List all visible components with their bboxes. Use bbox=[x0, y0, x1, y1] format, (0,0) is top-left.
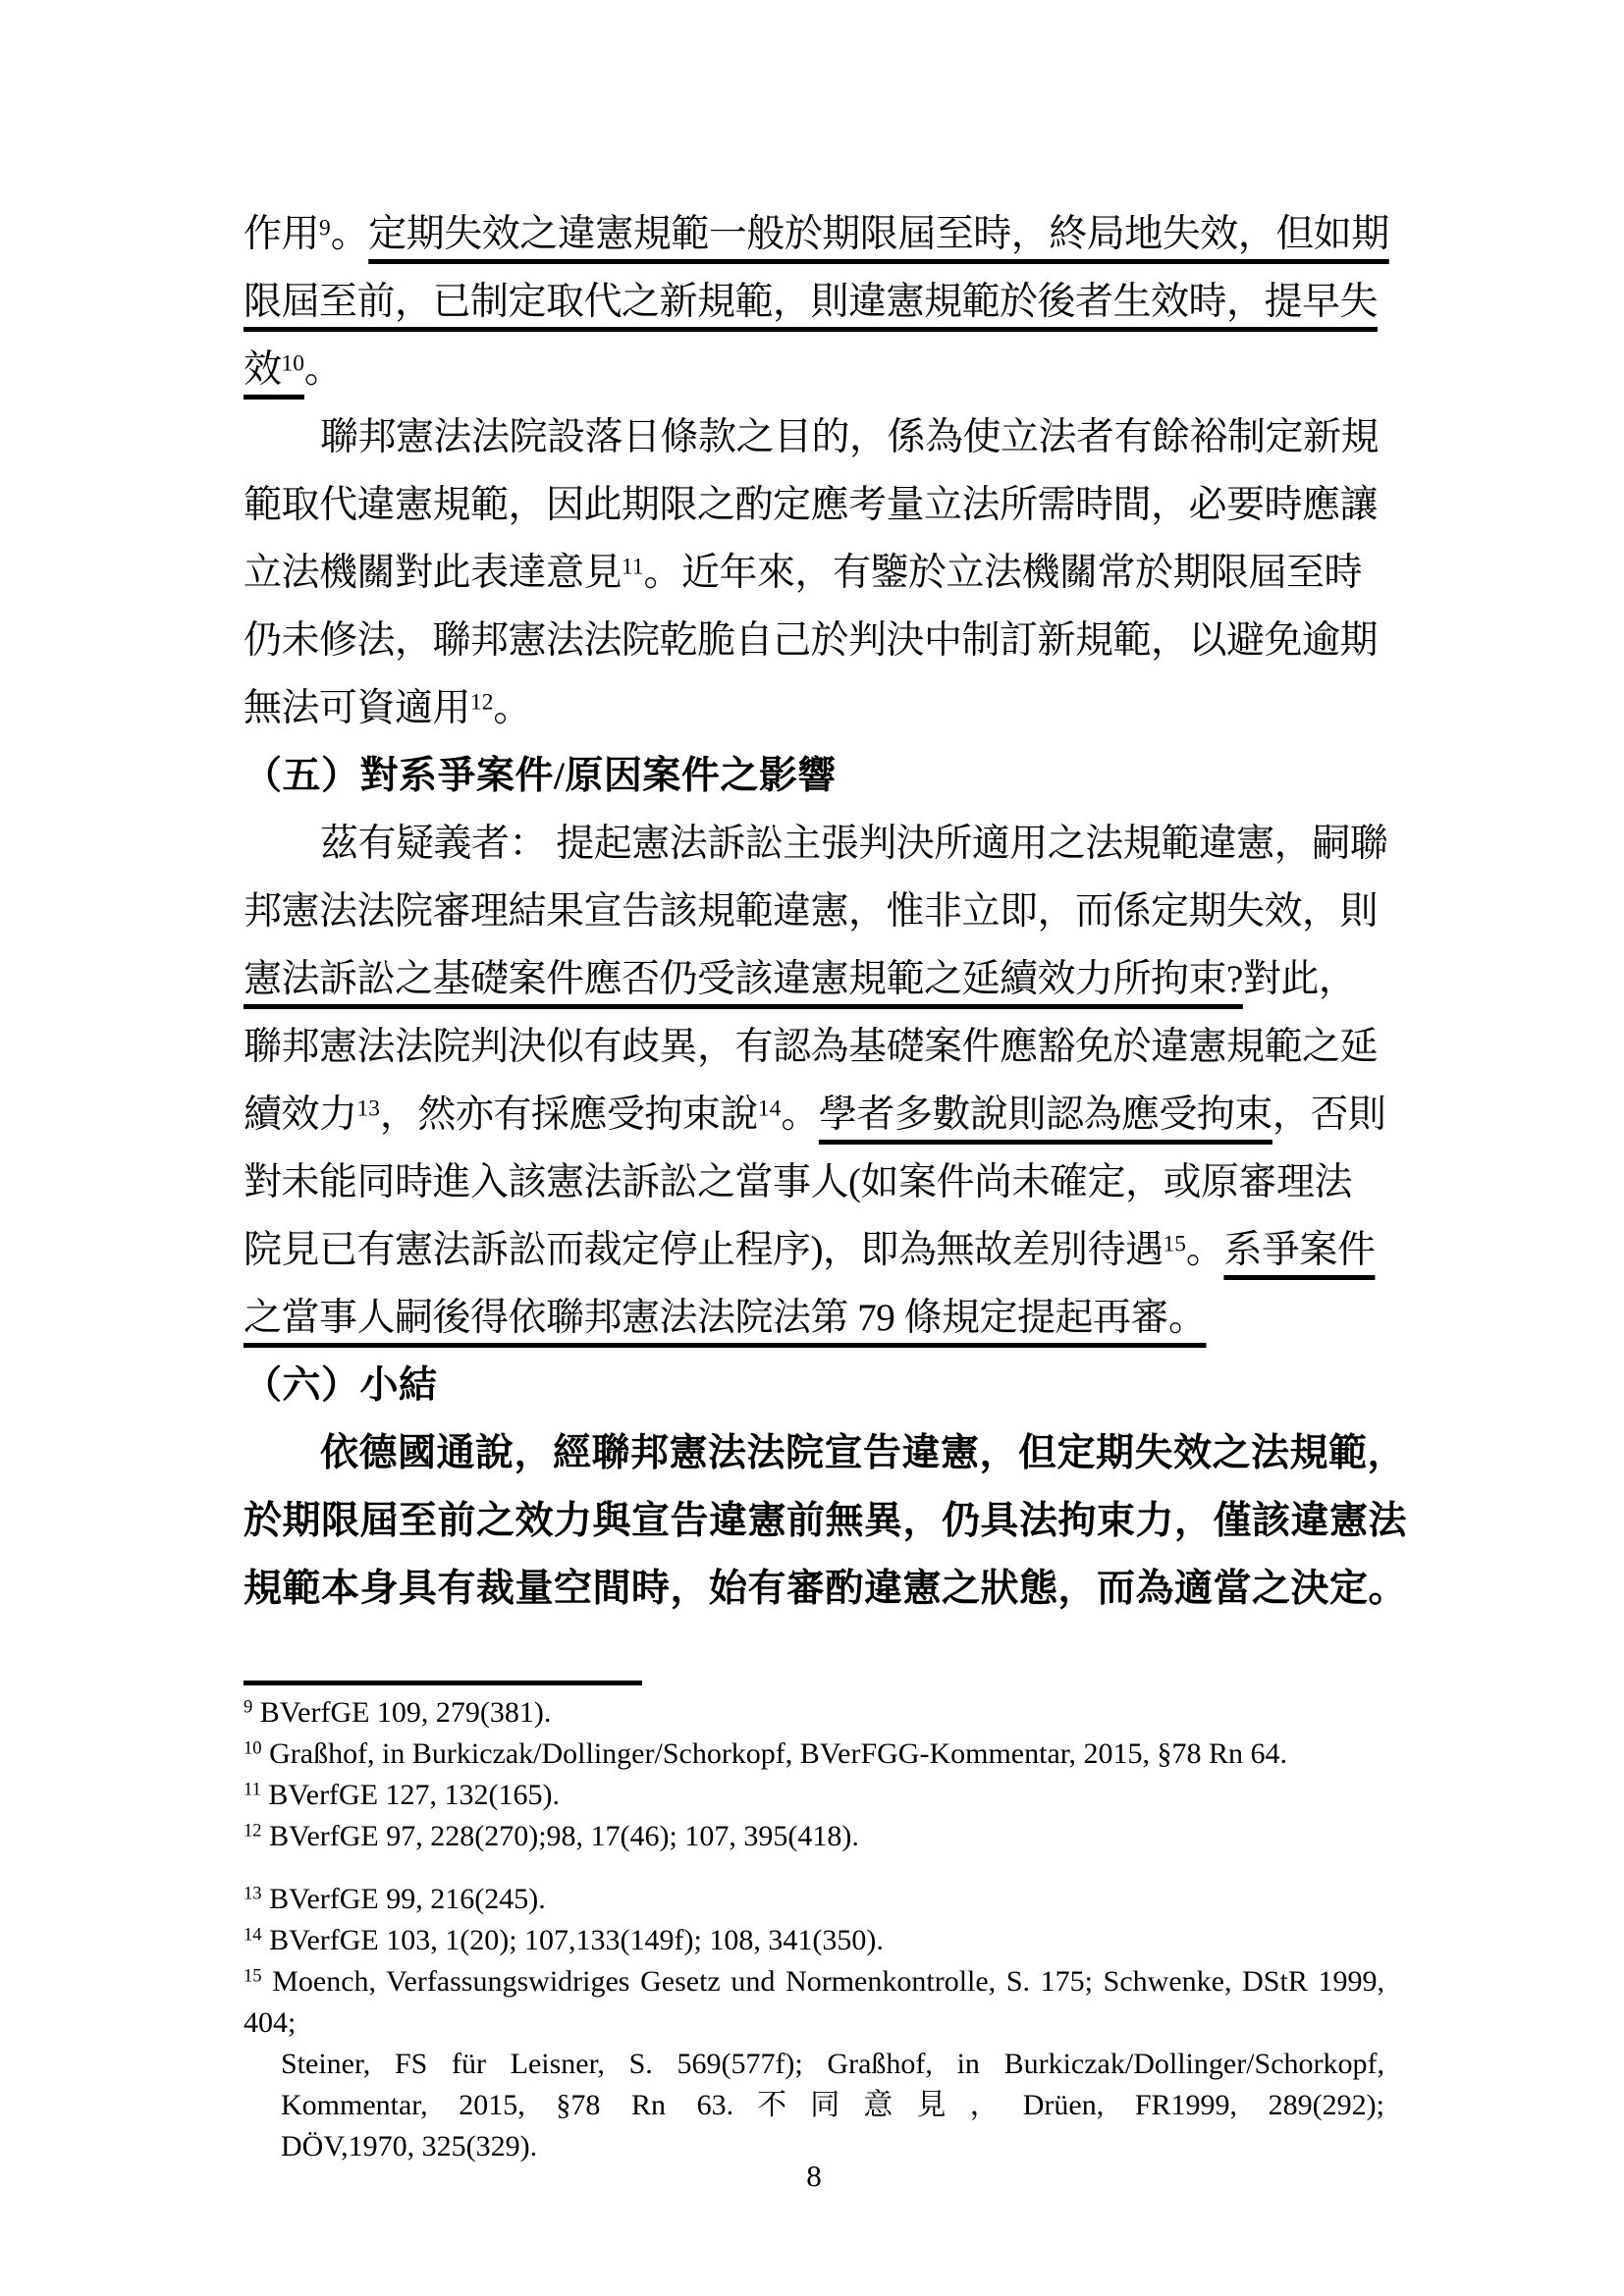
document-page: 作用9。定期失效之違憲規範一般於期限屆至時，終局地失效，但如期限屆至前，已制定取… bbox=[0, 0, 1624, 2296]
text-line: 範取代違憲規範，因此期限之酌定應考量立法所需時間，必要時應讓 bbox=[244, 471, 1384, 539]
text-segment: 憲法訴訟之基礎案件應否仍受該違憲規範之延續效力所拘束? bbox=[244, 958, 1243, 1000]
footnote-line: 13 BVerfGE 99, 216(245). bbox=[244, 1879, 1384, 1920]
text-line: 聯邦憲法法院設落日條款之目的，係為使立法者有餘裕制定新規 bbox=[244, 403, 1384, 471]
text-segment: BVerfGE 127, 132(165). bbox=[261, 1779, 560, 1811]
footnote-ref: 13 bbox=[357, 1095, 380, 1121]
footnote-line: 14 BVerfGE 103, 1(20); 107,133(149f); 10… bbox=[244, 1920, 1384, 1961]
text-segment: 規範本身具有裁量空間時，始有審酌違憲之狀態，而為適當之決定。 bbox=[244, 1568, 1407, 1610]
text-line: 之當事人嗣後得依聯邦憲法法院法第 79 條規定提起再審。 bbox=[244, 1284, 1384, 1352]
text-segment: 。 bbox=[781, 1094, 819, 1136]
footnote-line: 12 BVerfGE 97, 228(270);98, 17(46); 107,… bbox=[244, 1816, 1384, 1857]
footnote-line: 9 BVerfGE 109, 279(381). bbox=[244, 1692, 1384, 1734]
footnote-ref: 12 bbox=[244, 1821, 262, 1842]
text-segment: 院見已有憲法訴訟而裁定停止程序)，即為無故差別待遇 bbox=[244, 1229, 1164, 1271]
footnote-ref: 10 bbox=[244, 1738, 262, 1759]
text-segment: 。 bbox=[304, 348, 343, 391]
footnote-ref: 12 bbox=[470, 689, 493, 715]
text-segment: Steiner, FS für Leisner, S. 569(577f); G… bbox=[281, 2048, 1384, 2085]
footnote-ref: 10 bbox=[282, 350, 304, 376]
text-segment: 對未能同時進入該憲法訴訟之當事人(如案件尚未確定，或原審理法 bbox=[244, 1161, 1352, 1203]
text-line: 仍未修法，聯邦憲法法院乾脆自己於判決中制訂新規範，以避免逾期 bbox=[244, 607, 1384, 674]
footnote-ref: 15 bbox=[1164, 1231, 1186, 1256]
text-segment: Graßhof, in Burkiczak/Dollinger/Schorkop… bbox=[262, 1737, 1287, 1770]
section-heading: （六）小結 bbox=[244, 1352, 1384, 1419]
text-line: 限屆至前，已制定取代之新規範，則違憲規範於後者生效時，提早失 bbox=[244, 268, 1384, 336]
text-segment: 聯邦憲法法院設落日條款之目的，係為使立法者有餘裕制定新規 bbox=[320, 416, 1379, 458]
text-segment: 作用 bbox=[244, 213, 319, 255]
text-segment: 仍未修法，聯邦憲法法院乾脆自己於判決中制訂新規範，以避免逾期 bbox=[244, 619, 1378, 662]
footnote-line: 15 Moench, Verfassungswidriges Gesetz un… bbox=[244, 1961, 1384, 2002]
text-segment: 聯邦憲法法院判決似有歧異，有認為基礎案件應豁免於違憲規範之延 bbox=[244, 1026, 1378, 1068]
text-segment: （五）對系爭案件/原因案件之影響 bbox=[244, 755, 837, 797]
text-segment: 學者多數說則認為應受拘束 bbox=[819, 1094, 1272, 1136]
text-line: 效10。 bbox=[244, 336, 1384, 403]
text-line: 立法機關對此表達意見11。近年來，有鑒於立法機關常於期限屆至時 bbox=[244, 539, 1384, 607]
footnote-ref: 11 bbox=[622, 554, 644, 579]
text-line: 院見已有憲法訴訟而裁定停止程序)，即為無故差別待遇15。系爭案件 bbox=[244, 1216, 1384, 1284]
text-segment: 。 bbox=[1186, 1229, 1224, 1271]
footnote-ref: 14 bbox=[758, 1095, 781, 1121]
footnote-line: Kommentar, 2015, §78 Rn 63.不同意見，Drüen, F… bbox=[244, 2085, 1384, 2126]
text-segment: 續效力 bbox=[244, 1094, 357, 1136]
text-segment: 對此， bbox=[1243, 958, 1357, 1000]
footnote-gap bbox=[244, 1857, 1384, 1879]
text-line: 對未能同時進入該憲法訴訟之當事人(如案件尚未確定，或原審理法 bbox=[244, 1148, 1384, 1216]
footnote-ref: 9 bbox=[319, 215, 331, 240]
text-segment: 邦憲法法院審理結果宣告該規範違憲，惟非立即，而係定期失效，則 bbox=[244, 890, 1378, 933]
text-segment: Moench, Verfassungswidriges Gesetz und N… bbox=[262, 1965, 1384, 1998]
text-segment: 效 bbox=[244, 348, 282, 391]
text-segment: BVerfGE 103, 1(20); 107,133(149f); 108, … bbox=[262, 1924, 884, 1956]
footnote-line: 11 BVerfGE 127, 132(165). bbox=[244, 1775, 1384, 1816]
text-segment: 系爭案件 bbox=[1223, 1229, 1375, 1271]
text-line: 無法可資適用12。 bbox=[244, 674, 1384, 742]
text-segment: 於期限屆至前之效力與宣告違憲前無異，仍具法拘束力，僅該違憲法 bbox=[244, 1500, 1407, 1542]
footnote-ref: 13 bbox=[244, 1884, 262, 1904]
text-segment: ，然亦有採應受拘束說 bbox=[380, 1094, 758, 1136]
text-segment: 定期失效之違憲規範一般於期限屆至時，終局地失效，但如期 bbox=[368, 213, 1389, 255]
text-line: 續效力13，然亦有採應受拘束說14。學者多數說則認為應受拘束，否則 bbox=[244, 1081, 1384, 1148]
text-segment: 限屆至前，已制定取代之新規範，則違憲規範於後者生效時，提早失 bbox=[244, 281, 1378, 323]
footnote-ref: 9 bbox=[244, 1697, 252, 1718]
text-segment: （六）小結 bbox=[244, 1364, 438, 1407]
footnote-line: 10 Graßhof, in Burkiczak/Dollinger/Schor… bbox=[244, 1734, 1384, 1775]
text-line: 憲法訴訟之基礎案件應否仍受該違憲規範之延續效力所拘束?對此， bbox=[244, 945, 1384, 1013]
text-segment: 無法可資適用 bbox=[244, 687, 470, 729]
text-line: 作用9。定期失效之違憲規範一般於期限屆至時，終局地失效，但如期 bbox=[244, 200, 1384, 268]
text-segment: BVerfGE 109, 279(381). bbox=[252, 1696, 551, 1729]
text-segment: 。 bbox=[493, 687, 531, 729]
footnotes: 9 BVerfGE 109, 279(381).10 Graßhof, in B… bbox=[244, 1692, 1384, 2167]
footnote-separator bbox=[244, 1681, 642, 1685]
text-line: 於期限屆至前之效力與宣告違憲前無異，仍具法拘束力，僅該違憲法 bbox=[244, 1487, 1384, 1555]
body-content: 作用9。定期失效之違憲規範一般於期限屆至時，終局地失效，但如期限屆至前，已制定取… bbox=[244, 200, 1384, 1623]
text-segment: 之當事人嗣後得依聯邦憲法法院法第 79 條規定提起再審。 bbox=[244, 1297, 1207, 1339]
text-line: 依德國通說，經聯邦憲法法院宣告違憲，但定期失效之法規範， bbox=[244, 1419, 1384, 1487]
footnote-ref: 14 bbox=[244, 1925, 262, 1946]
text-line: 茲有疑義者： 提起憲法訴訟主張判決所適用之法規範違憲，嗣聯 bbox=[244, 810, 1384, 878]
text-segment: BVerfGE 97, 228(270);98, 17(46); 107, 39… bbox=[262, 1820, 859, 1852]
section-heading: （五）對系爭案件/原因案件之影響 bbox=[244, 742, 1384, 810]
text-segment: 範取代違憲規範，因此期限之酌定應考量立法所需時間，必要時應讓 bbox=[244, 484, 1378, 526]
page-number: 8 bbox=[244, 2156, 1384, 2197]
footnote-ref: 11 bbox=[244, 1780, 261, 1800]
text-line: 規範本身具有裁量空間時，始有審酌違憲之狀態，而為適當之決定。 bbox=[244, 1555, 1384, 1623]
text-segment: ，否則 bbox=[1272, 1094, 1386, 1136]
text-line: 邦憲法法院審理結果宣告該規範違憲，惟非立即，而係定期失效，則 bbox=[244, 878, 1384, 945]
footnote-line: Steiner, FS für Leisner, S. 569(577f); G… bbox=[244, 2044, 1384, 2085]
text-segment: 。 bbox=[331, 213, 369, 255]
footnote-line: 404; bbox=[244, 2002, 1384, 2044]
text-line: 聯邦憲法法院判決似有歧異，有認為基礎案件應豁免於違憲規範之延 bbox=[244, 1013, 1384, 1081]
text-segment: 依德國通說，經聯邦憲法法院宣告違憲，但定期失效之法規範， bbox=[320, 1432, 1406, 1474]
footnote-ref: 15 bbox=[244, 1966, 262, 1987]
text-segment: 404; bbox=[244, 2006, 296, 2039]
text-segment: BVerfGE 99, 216(245). bbox=[262, 1883, 546, 1915]
text-segment: 。近年來，有鑒於立法機關常於期限屆至時 bbox=[644, 552, 1363, 594]
text-segment: 茲有疑義者： 提起憲法訴訟主張判決所適用之法規範違憲，嗣聯 bbox=[320, 823, 1387, 865]
text-segment: 效10 bbox=[244, 348, 304, 391]
text-segment: 立法機關對此表達意見 bbox=[244, 552, 622, 594]
text-segment: Kommentar, 2015, §78 Rn 63.不同意見，Drüen, F… bbox=[281, 2089, 1384, 2126]
